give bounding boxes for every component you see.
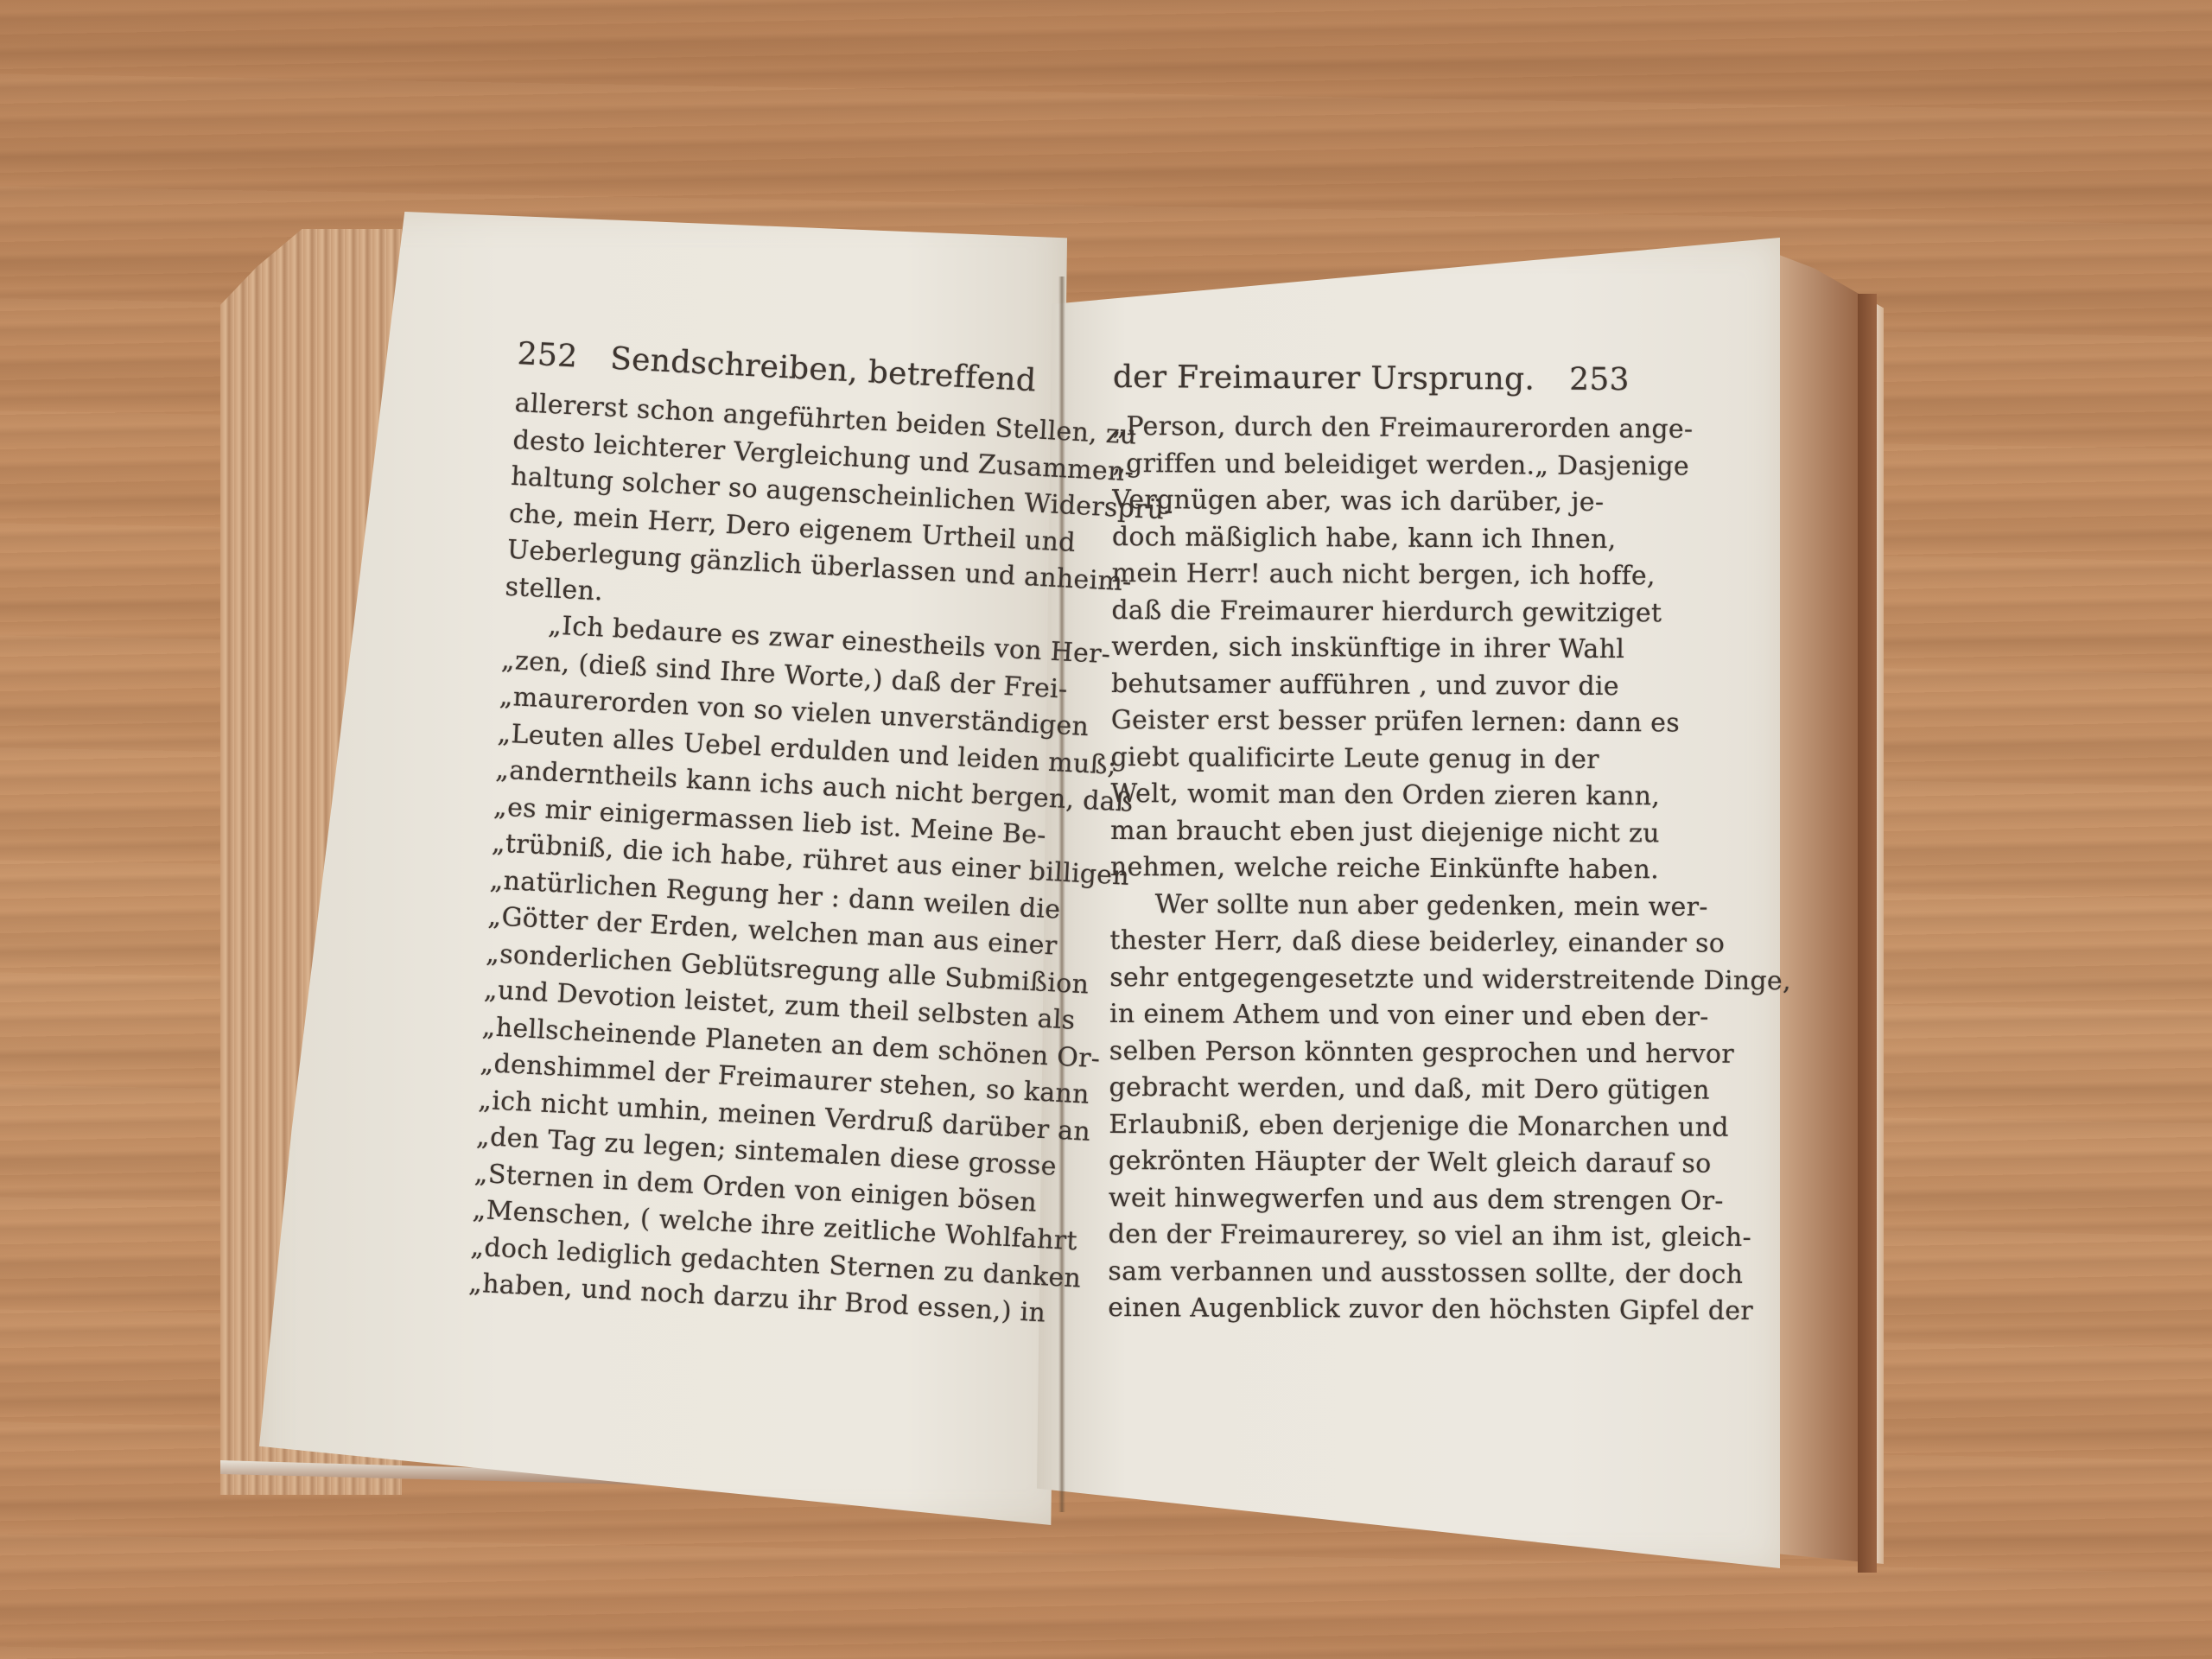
text-line: thester Herr, daß diese beiderley, einan… bbox=[1109, 923, 1662, 963]
text-line: in einem Athem und von einer und eben de… bbox=[1109, 996, 1662, 1036]
text-line: daß die Freimaurer hierdurch gewitziget bbox=[1111, 592, 1664, 632]
text-line: Vergnügen aber, was ich darüber, je- bbox=[1112, 482, 1665, 522]
text-line: „griffen und beleidiget werden.„ Dasjeni… bbox=[1112, 445, 1665, 485]
text-line: nehmen, welche reiche Einkünfte haben. bbox=[1110, 849, 1663, 889]
text-line: giebt qualificirte Leute genug in der bbox=[1110, 739, 1663, 779]
book-cover-edge bbox=[1858, 294, 1877, 1573]
text-line: sam verbannen und ausstossen sollte, der… bbox=[1108, 1253, 1661, 1293]
open-book: 252Sendschreiben, betreffend allererst s… bbox=[0, 0, 2212, 1659]
text-line: „Person, durch den Freimaurerorden ange- bbox=[1112, 409, 1665, 448]
text-line: Welt, womit man den Orden zieren kann, bbox=[1110, 776, 1663, 816]
text-line: doch mäßiglich habe, kann ich Ihnen, bbox=[1112, 518, 1665, 558]
text-line: werden, sich inskünftige in ihrer Wahl bbox=[1111, 629, 1664, 669]
page-number: 253 bbox=[1569, 362, 1630, 397]
text-line: einen Augenblick zuvor den höchsten Gipf… bbox=[1108, 1290, 1661, 1330]
right-page-text: der Freimaurer Ursprung.253 „Person, dur… bbox=[1108, 359, 1666, 1330]
text-line: Geister erst besser prüfen lernen: dann … bbox=[1111, 702, 1664, 742]
text-line: selben Person könnten gesprochen und her… bbox=[1109, 1033, 1662, 1072]
right-running-head: der Freimaurer Ursprung.253 bbox=[1113, 359, 1666, 399]
left-page-text: 252Sendschreiben, betreffend allererst s… bbox=[467, 335, 1001, 1327]
running-head: der Freimaurer Ursprung. bbox=[1113, 359, 1535, 397]
text-line: behutsamer aufführen , und zuvor die bbox=[1111, 665, 1664, 705]
text-line: man braucht eben just diejenige nicht zu bbox=[1110, 812, 1663, 852]
text-line: weit hinwegwerfen und aus dem strengen O… bbox=[1109, 1179, 1662, 1219]
text-line: Erlaubniß, eben derjenige die Monarchen … bbox=[1109, 1106, 1662, 1146]
text-line: mein Herr! auch nicht bergen, ich hoffe, bbox=[1112, 556, 1665, 595]
text-line: gebracht werden, und daß, mit Dero gütig… bbox=[1109, 1070, 1662, 1109]
text-line: gekrönten Häupter der Welt gleich darauf… bbox=[1109, 1143, 1662, 1183]
page-number: 252 bbox=[517, 336, 579, 375]
text-line: Wer sollte nun aber gedenken, mein wer- bbox=[1110, 886, 1663, 925]
text-line: den der Freimaurerey, so viel an ihm ist… bbox=[1109, 1217, 1662, 1256]
text-line: sehr entgegengesetzte und widerstreitend… bbox=[1109, 959, 1662, 999]
